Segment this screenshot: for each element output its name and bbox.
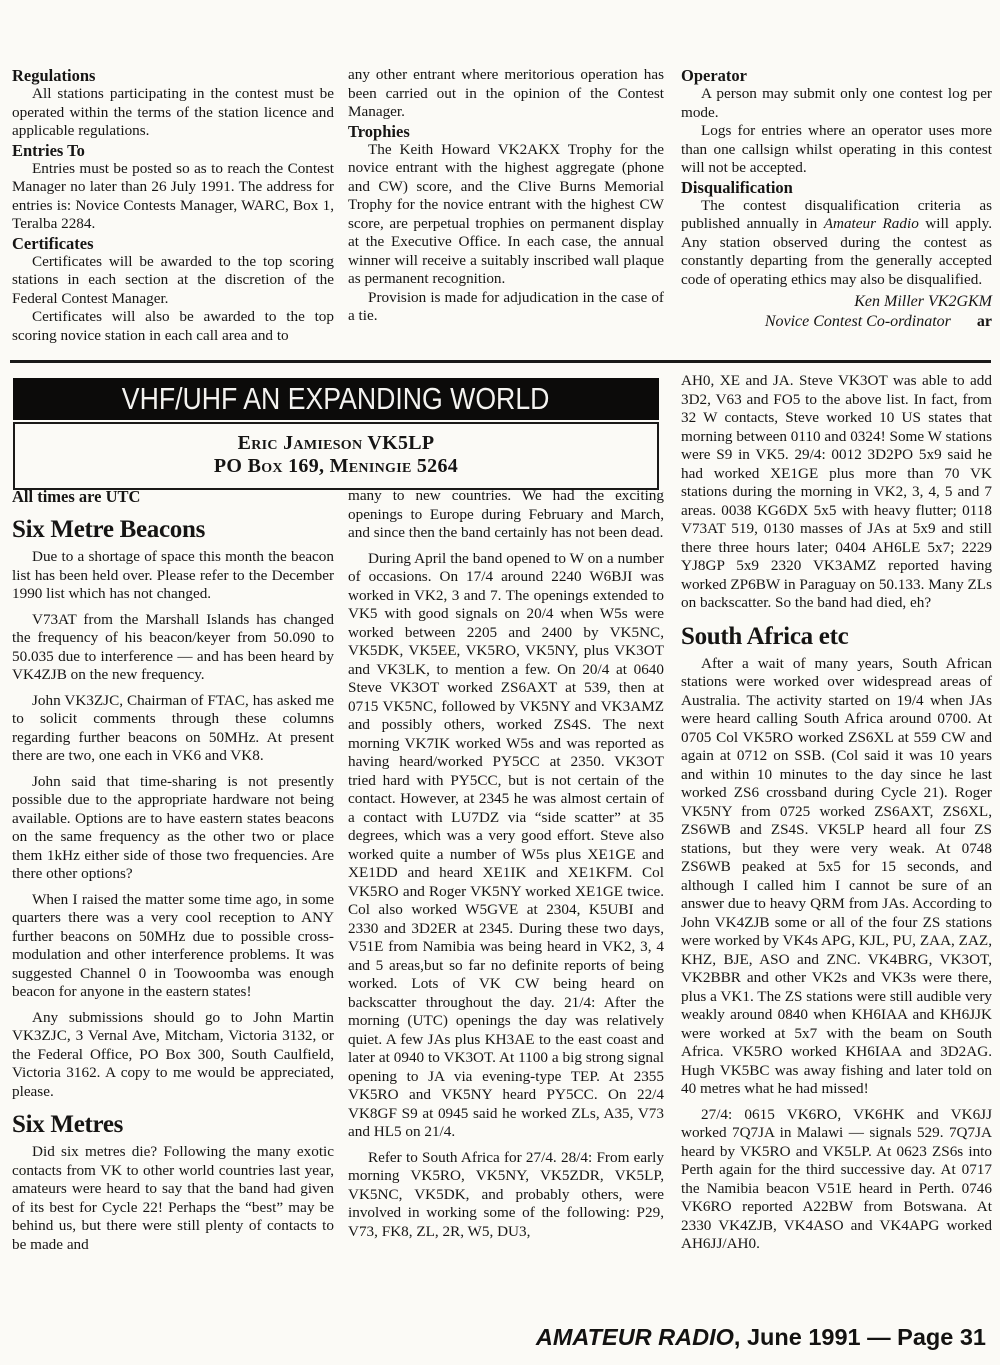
article-title: VHF/UHF AN EXPANDING WORLD bbox=[122, 390, 550, 409]
article-column-1: All times are UTC Six Metre Beacons Due … bbox=[12, 487, 334, 1261]
utc-note: All times are UTC bbox=[12, 487, 334, 506]
paragraph-continuation: many to new countries. We had the exciti… bbox=[348, 487, 664, 543]
article-title-banner: VHF/UHF AN EXPANDING WORLD bbox=[13, 378, 659, 420]
paragraph: Provision is made for adjudication in th… bbox=[348, 289, 664, 326]
end-of-article-marker: ar bbox=[977, 312, 992, 332]
paragraph: When I raised the matter some time ago, … bbox=[12, 891, 334, 1002]
paragraph: Refer to South Africa for 27/4. 28/4: Fr… bbox=[348, 1149, 664, 1242]
signature-role-row: Novice Contest Co-ordinator ar bbox=[681, 312, 992, 332]
magazine-page: Regulations All stations participating i… bbox=[0, 0, 1000, 1365]
magazine-name-italic: Amateur Radio bbox=[824, 215, 919, 232]
paragraph: Due to a shortage of space this month th… bbox=[12, 548, 334, 604]
author-address: PO Box 169, Meningie 5264 bbox=[21, 455, 651, 478]
heading-disqualification: Disqualification bbox=[681, 178, 992, 197]
paragraph: Certificates will also be awarded to the… bbox=[12, 308, 334, 345]
heading-trophies: Trophies bbox=[348, 122, 664, 141]
article-column-2: many to new countries. We had the exciti… bbox=[348, 487, 664, 1248]
top-column-3: Operator A person may submit only one co… bbox=[681, 66, 992, 332]
paragraph: The contest disqualification criteria as… bbox=[681, 197, 992, 290]
article-header: VHF/UHF AN EXPANDING WORLD Eric Jamieson… bbox=[13, 378, 659, 490]
paragraph: A person may submit only one contest log… bbox=[681, 85, 992, 122]
signature-name: Ken Miller VK2GKM bbox=[681, 292, 992, 312]
section-divider-rule bbox=[10, 360, 991, 363]
paragraph: V73AT from the Marshall Islands has chan… bbox=[12, 611, 334, 685]
author-box: Eric Jamieson VK5LP PO Box 169, Meningie… bbox=[13, 422, 659, 490]
paragraph: During April the band opened to W on a n… bbox=[348, 550, 664, 1142]
top-column-2: any other entrant where meritorious oper… bbox=[348, 66, 664, 326]
paragraph: Did six metres die? Following the many e… bbox=[12, 1143, 334, 1254]
author-name: Eric Jamieson VK5LP bbox=[21, 432, 651, 455]
heading-south-africa-etc: South Africa etc bbox=[681, 623, 992, 650]
heading-six-metres: Six Metres bbox=[12, 1111, 334, 1138]
paragraph: Entries must be posted so as to reach th… bbox=[12, 160, 334, 234]
heading-operator: Operator bbox=[681, 66, 992, 85]
paragraph-continuation: AH0, XE and JA. Steve VK3OT was able to … bbox=[681, 372, 992, 613]
article-column-3: AH0, XE and JA. Steve VK3OT was able to … bbox=[681, 372, 992, 1261]
paragraph: 27/4: 0615 VK6RO, VK6HK and VK6JJ worked… bbox=[681, 1106, 992, 1254]
magazine-title: AMATEUR RADIO bbox=[536, 1324, 734, 1350]
paragraph: John VK3ZJC, Chairman of FTAC, has asked… bbox=[12, 692, 334, 766]
heading-six-metre-beacons: Six Metre Beacons bbox=[12, 516, 334, 543]
paragraph: John said that time-sharing is not prese… bbox=[12, 773, 334, 884]
paragraph: The Keith Howard VK2AKX Trophy for the n… bbox=[348, 141, 664, 289]
paragraph: Certificates will be awarded to the top … bbox=[12, 253, 334, 309]
heading-certificates: Certificates bbox=[12, 234, 334, 253]
top-column-1: Regulations All stations participating i… bbox=[12, 66, 334, 345]
footer-issue-page: , June 1991 — Page 31 bbox=[734, 1324, 986, 1350]
paragraph: All stations participating in the contes… bbox=[12, 85, 334, 141]
paragraph-continuation: any other entrant where meritorious oper… bbox=[348, 66, 664, 122]
heading-regulations: Regulations bbox=[12, 66, 334, 85]
heading-entries-to: Entries To bbox=[12, 141, 334, 160]
paragraph: Any submissions should go to John Martin… bbox=[12, 1009, 334, 1102]
paragraph: After a wait of many years, South Africa… bbox=[681, 655, 992, 1099]
page-footer: AMATEUR RADIO, June 1991 — Page 31 bbox=[0, 1328, 986, 1347]
signature-role: Novice Contest Co-ordinator bbox=[765, 312, 951, 332]
paragraph: Logs for entries where an operator uses … bbox=[681, 122, 992, 178]
